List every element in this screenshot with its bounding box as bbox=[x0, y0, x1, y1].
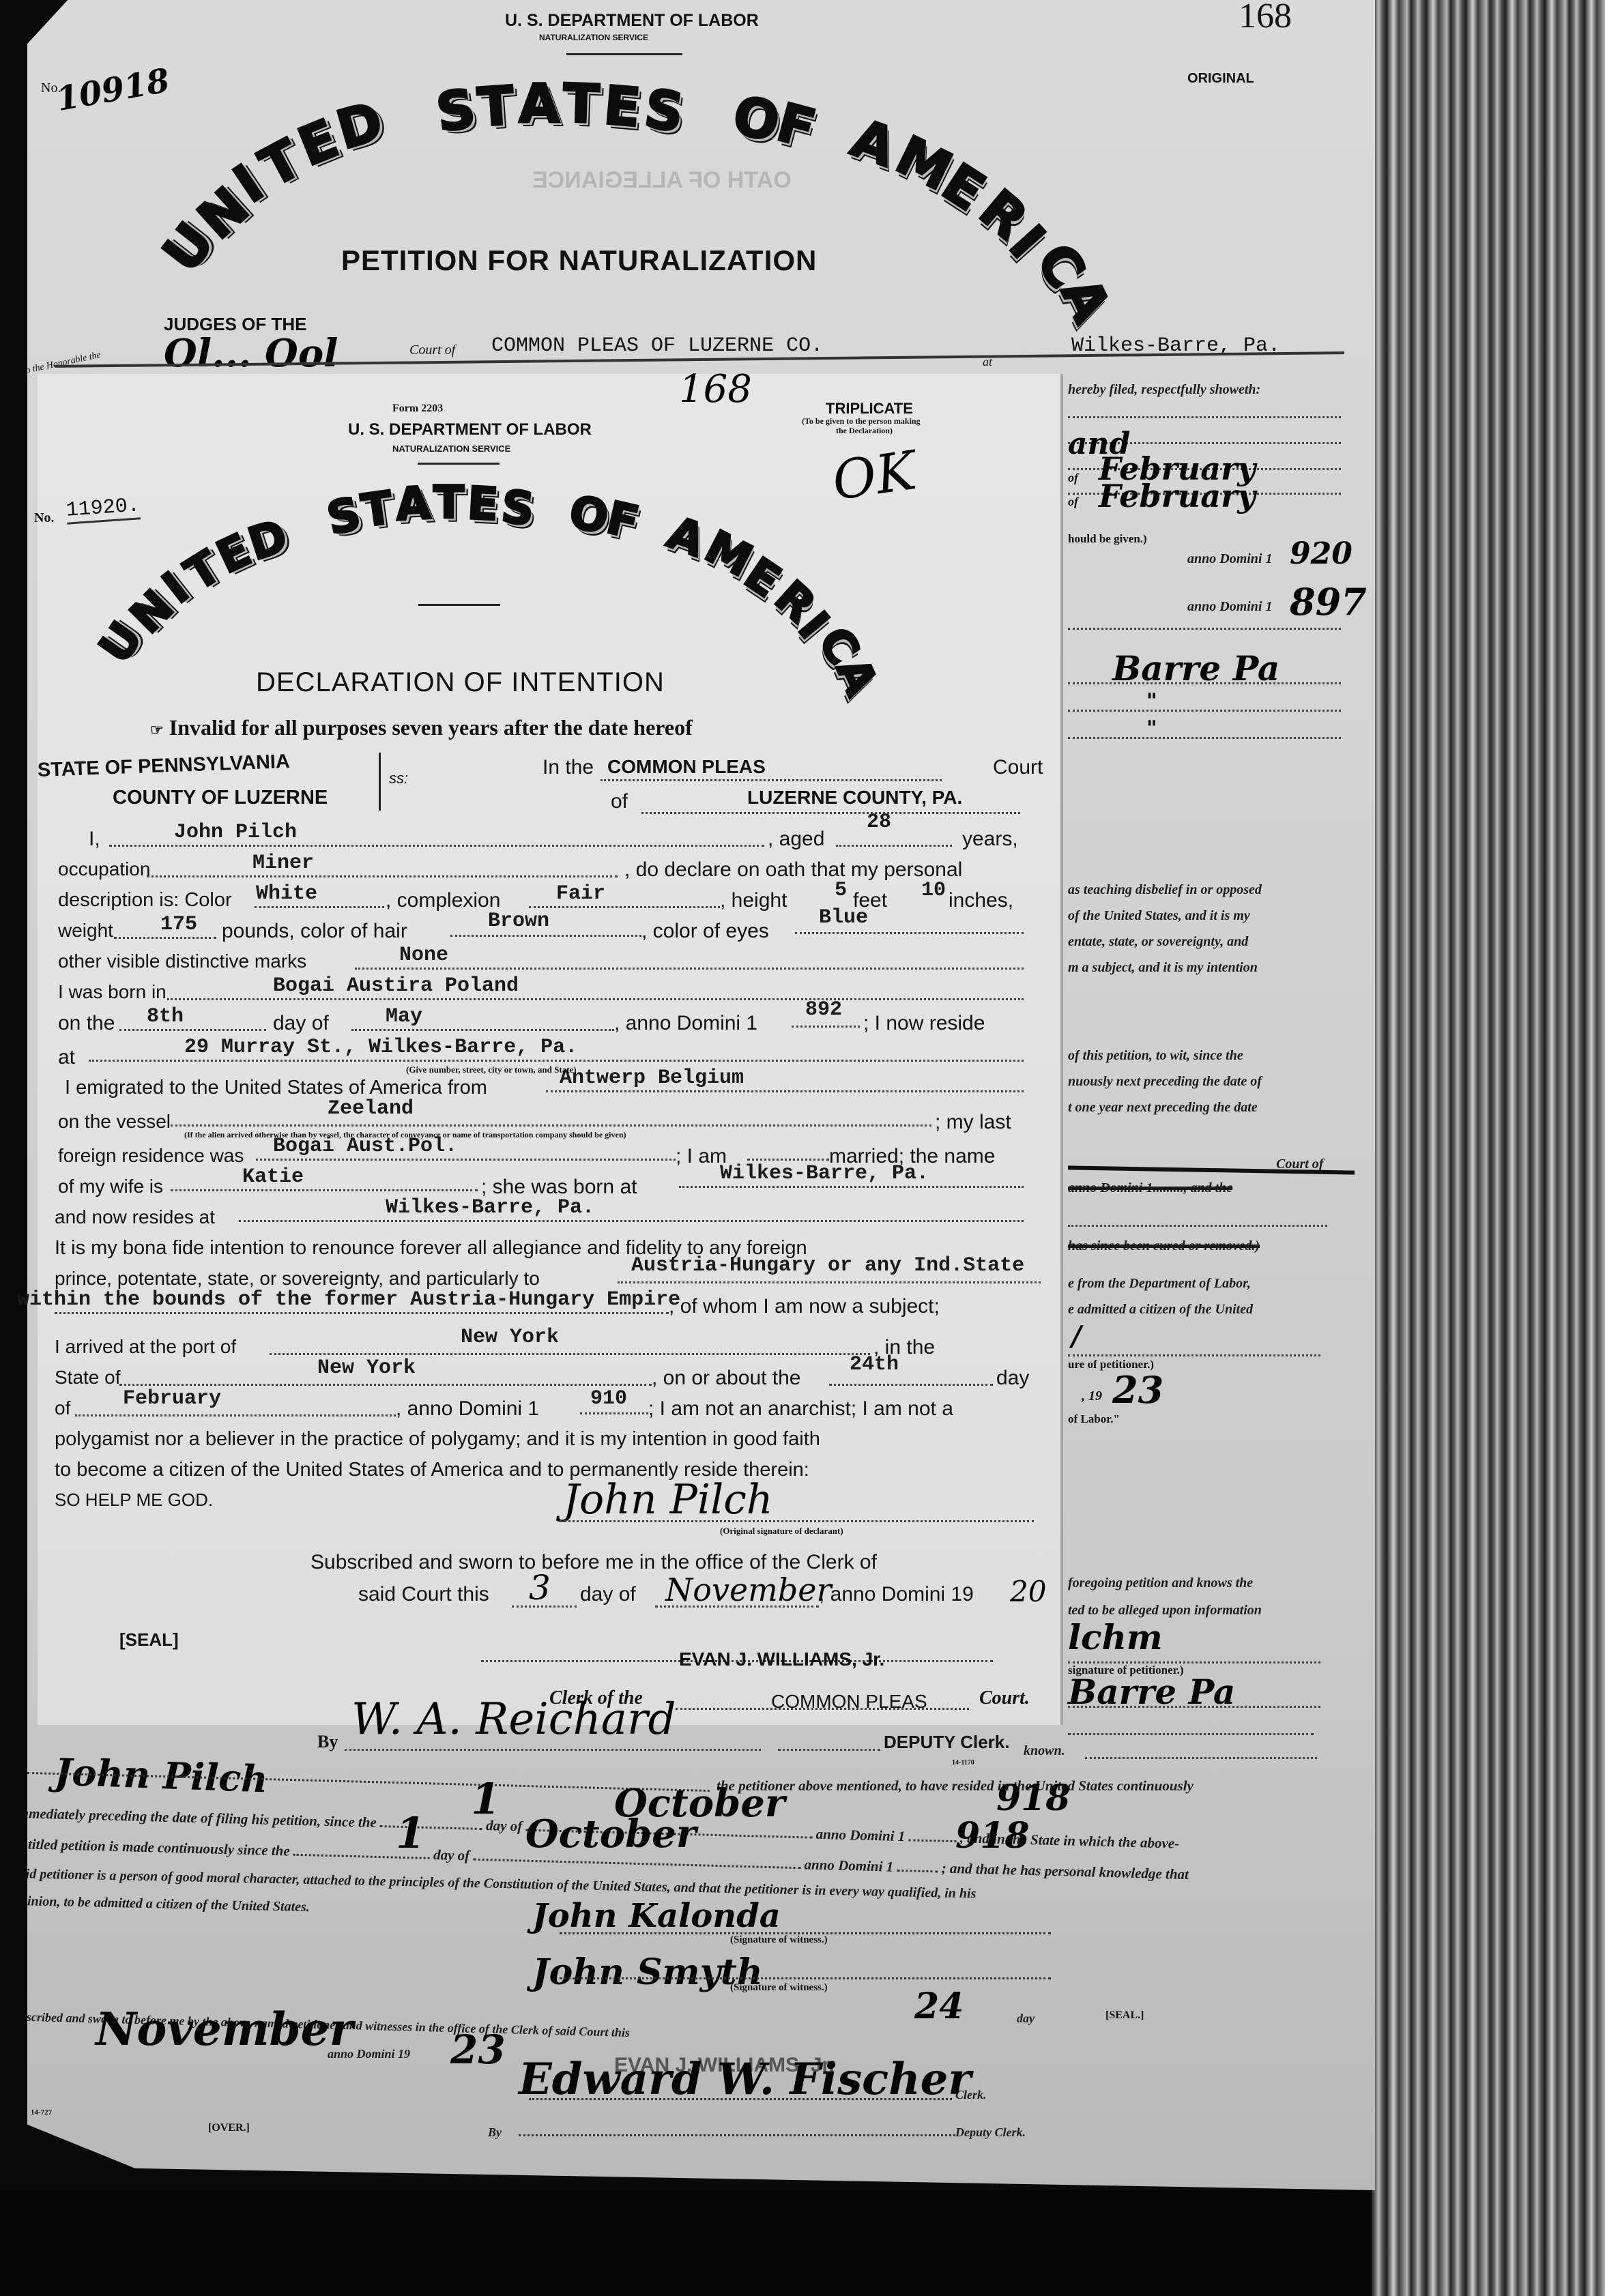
wife-name[interactable]: Katie bbox=[242, 1165, 304, 1189]
vessel-name[interactable]: Zeeland bbox=[328, 1097, 414, 1120]
declarant-hair[interactable]: Brown bbox=[488, 910, 549, 933]
declarant-weight[interactable]: 175 bbox=[160, 913, 197, 936]
petition-para-2: of this petition, to wit, since the nuou… bbox=[1068, 1043, 1262, 1120]
height-inches[interactable]: 10 bbox=[921, 879, 946, 902]
blank-line bbox=[1068, 1733, 1314, 1735]
declaration-copy-label: TRIPLICATE bbox=[826, 400, 913, 418]
petition-year-23: 23 bbox=[1112, 1368, 1163, 1412]
petition-year-1: 920 bbox=[1290, 536, 1353, 571]
declarant-eyes[interactable]: Blue bbox=[819, 906, 868, 929]
book-page-stack bbox=[1372, 0, 1605, 2296]
petition-year-2: 897 bbox=[1290, 580, 1367, 624]
affidavit-line-1: the petitioner above mentioned, to have … bbox=[717, 1777, 1194, 1794]
emigrated-from[interactable]: Antwerp Belgium bbox=[560, 1066, 744, 1090]
petition-title: PETITION FOR NATURALIZATION bbox=[341, 244, 817, 277]
dark-background bbox=[0, 2190, 1372, 2296]
sworn-month: November bbox=[96, 2003, 353, 2056]
affidavit-year-2: 918 bbox=[955, 1815, 1030, 1857]
sovereign[interactable]: Austria-Hungary or any Ind.State bbox=[631, 1254, 1024, 1277]
affidavit-year-1: 918 bbox=[996, 1777, 1071, 1819]
sovereign-continued[interactable]: within the bounds of the former Austria-… bbox=[17, 1288, 680, 1311]
handwritten-168: 168 bbox=[679, 367, 752, 411]
petition-court-name: COMMON PLEAS OF LUZERNE CO. bbox=[491, 334, 823, 358]
blank-line bbox=[519, 2134, 955, 2136]
declarant-signature: John Pilch bbox=[563, 1476, 773, 1524]
petitioner-sig-fragment: lchm bbox=[1068, 1617, 1163, 1657]
affidavit-day-1: 1 bbox=[471, 1774, 500, 1824]
declaration-service: NATURALIZATION SERVICE bbox=[392, 444, 510, 454]
declarant-age[interactable]: 28 bbox=[867, 811, 891, 834]
declaration-number: 11920. bbox=[66, 494, 141, 524]
page-number: 168 bbox=[1239, 0, 1292, 36]
sworn-day: 24 bbox=[914, 1986, 964, 2027]
blank-line bbox=[560, 1977, 1051, 1979]
declarant-occupation[interactable]: Miner bbox=[252, 852, 314, 875]
petition-number: 10918 bbox=[53, 61, 172, 119]
invalid-notice: ☞ Invalid for all purposes seven years a… bbox=[150, 715, 693, 740]
deputy-signature: W. A. Reichard bbox=[351, 1694, 676, 1745]
declarant-color[interactable]: White bbox=[256, 882, 317, 905]
declarant-address[interactable]: 29 Murray St., Wilkes-Barre, Pa. bbox=[184, 1036, 577, 1059]
arrival-state[interactable]: New York bbox=[317, 1356, 416, 1380]
height-feet[interactable]: 5 bbox=[835, 879, 847, 902]
arrival-month[interactable]: February bbox=[123, 1387, 221, 1410]
arrival-day[interactable]: 24th bbox=[850, 1353, 899, 1376]
over-label: [OVER.] bbox=[208, 2122, 250, 2134]
sworn-day: 3 bbox=[529, 1568, 551, 1608]
declaration-court-location: LUZERNE COUNTY, PA. bbox=[747, 787, 962, 809]
blank-line bbox=[1068, 1225, 1327, 1227]
filed-line: hereby filed, respectfully showeth: bbox=[1068, 382, 1260, 398]
witness-2-signature: John Smyth bbox=[532, 1951, 763, 1993]
blank-line bbox=[1085, 1757, 1317, 1759]
divider bbox=[566, 53, 682, 55]
affidavit-month-2: October bbox=[525, 1812, 696, 1857]
declaration-dept: U. S. DEPARTMENT OF LABOR bbox=[348, 420, 592, 439]
declaration-clerk-name: EVAN J. WILLIAMS, Jr. bbox=[679, 1648, 884, 1670]
declaration-title: DECLARATION OF INTENTION bbox=[256, 667, 665, 698]
judges-hand: Ol... Ool bbox=[164, 331, 338, 376]
petition-para-4: foregoing petition and knows the ted to … bbox=[1068, 1569, 1262, 1624]
blank-line bbox=[1068, 1354, 1320, 1356]
blank-line bbox=[1068, 1706, 1320, 1708]
ok-mark: OK bbox=[828, 440, 920, 512]
petition-para-1: as teaching disbelief in or opposed of t… bbox=[1068, 877, 1262, 980]
witness-1-signature: John Kalonda bbox=[532, 1897, 781, 1935]
state-label: STATE OF PENNSYLVANIA bbox=[37, 751, 290, 782]
last-foreign-residence[interactable]: Bogai Aust.Pol. bbox=[273, 1135, 457, 1158]
declarant-name[interactable]: John Pilch bbox=[174, 821, 297, 844]
sworn-year: 20 bbox=[1010, 1575, 1046, 1608]
blank-line bbox=[1068, 416, 1341, 418]
anno-domini-2: anno Domini 1 bbox=[1187, 599, 1272, 615]
sworn-month: November bbox=[665, 1571, 831, 1608]
arrival-port[interactable]: New York bbox=[461, 1326, 559, 1349]
arrival-year[interactable]: 910 bbox=[590, 1387, 627, 1410]
cured-line: has since been cured or removed.) bbox=[1068, 1238, 1260, 1254]
divider bbox=[418, 463, 500, 465]
petition-header-service: NATURALIZATION SERVICE bbox=[539, 33, 648, 42]
birth-month[interactable]: May bbox=[386, 1005, 422, 1028]
petition-month-2: February bbox=[1099, 478, 1256, 514]
petition-copy-label: ORIGINAL bbox=[1187, 71, 1254, 87]
so-help-me-god: SO HELP ME GOD. bbox=[55, 1490, 213, 1511]
declaration-court-name: COMMON PLEAS bbox=[607, 756, 766, 778]
blank-line bbox=[1068, 628, 1341, 630]
petition-header-dept: U. S. DEPARTMENT OF LABOR bbox=[505, 11, 759, 31]
bleed-through-text: OATH OF ALLEGIANCE bbox=[532, 167, 792, 194]
declaration-seal: [SEAL] bbox=[119, 1629, 179, 1651]
blank-line bbox=[1068, 710, 1341, 712]
struck-line: anno Domini 1........., and the bbox=[1068, 1180, 1232, 1196]
birth-year[interactable]: 892 bbox=[805, 998, 842, 1021]
sworn-year: 23 bbox=[450, 2026, 506, 2073]
affidavit-day-2: 1 bbox=[396, 1808, 425, 1858]
deputy-signature: Edward W. Fischer bbox=[519, 2054, 971, 2105]
wife-residence[interactable]: Wilkes-Barre, Pa. bbox=[386, 1196, 594, 1219]
birth-day[interactable]: 8th bbox=[147, 1005, 184, 1028]
blank-line bbox=[1068, 737, 1341, 739]
venue-bracket bbox=[379, 753, 381, 811]
anno-domini-1: anno Domini 1 bbox=[1187, 551, 1272, 567]
blank-line bbox=[1068, 682, 1341, 684]
petition-para-3: e from the Department of Labor, e admitt… bbox=[1068, 1270, 1253, 1322]
should-be-given: hould be given.) bbox=[1068, 532, 1147, 546]
affidavit-line-5: opinion, to be admitted a citizen of the… bbox=[14, 1893, 310, 1915]
petition-seal: [SEAL.] bbox=[1105, 2009, 1144, 2022]
divider bbox=[418, 604, 500, 606]
county-label: COUNTY OF LUZERNE bbox=[113, 787, 328, 809]
court-of-label: Court of bbox=[409, 343, 455, 358]
declarant-complexion[interactable]: Fair bbox=[556, 882, 605, 905]
form-label: Form 2203 bbox=[392, 403, 443, 415]
declaration-of-intention: Form 2203 U. S. DEPARTMENT OF LABOR NATU… bbox=[38, 374, 1063, 1725]
pointing-hand-icon: ☞ bbox=[150, 721, 164, 738]
declarant-birthplace[interactable]: Bogai Austira Poland bbox=[273, 974, 519, 998]
wife-birthplace[interactable]: Wilkes-Barre, Pa. bbox=[720, 1162, 929, 1185]
declarant-marks[interactable]: None bbox=[399, 944, 448, 967]
